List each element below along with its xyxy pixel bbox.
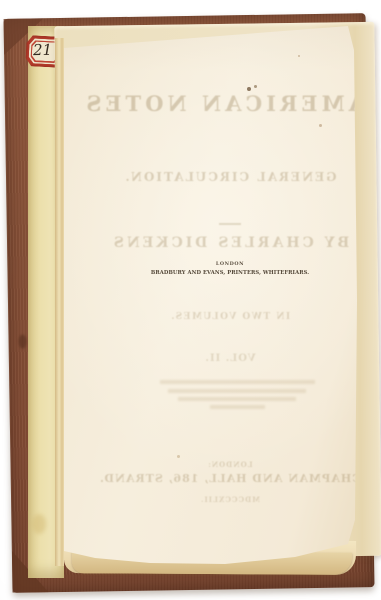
showthrough-volume: VOL. II. <box>95 354 365 364</box>
cover-stain <box>18 335 26 349</box>
foxing-spot <box>254 85 257 88</box>
foxing-spot <box>298 55 300 57</box>
foxing-spot <box>247 87 251 91</box>
faint-text-line <box>178 397 296 401</box>
showthrough-city: LONDON: <box>95 461 365 468</box>
foxing-spot <box>177 455 180 458</box>
showthrough-publisher: CHAPMAN AND HALL, 186, STRAND. <box>95 473 365 484</box>
showthrough-circulation: GENERAL CIRCULATION. <box>95 171 365 183</box>
imprint-printer-line: BRADBURY AND EVANS, PRINTERS, WHITEFRIAR… <box>95 271 365 276</box>
showthrough-volumes: IN TWO VOLUMES. <box>95 313 365 322</box>
showthrough-year: MDCCCXLII. <box>95 496 365 503</box>
showthrough-rule <box>95 212 365 228</box>
book-photo: 21 AMERICAN NOTES GENERAL CIRCULATION. B… <box>0 0 381 600</box>
endpaper-stain <box>32 514 46 534</box>
imprint-city: LONDON <box>95 262 365 267</box>
faint-text-line <box>160 380 315 384</box>
showthrough-author: BY CHARLES DICKENS <box>95 236 365 250</box>
rule-bar <box>219 223 241 225</box>
faint-text-line <box>168 389 306 393</box>
showthrough-title: AMERICAN NOTES <box>95 93 365 114</box>
label-number: 21 <box>33 43 52 58</box>
page-edge-line <box>55 38 64 566</box>
faint-text-line <box>210 405 265 409</box>
foxing-spot <box>319 124 322 127</box>
